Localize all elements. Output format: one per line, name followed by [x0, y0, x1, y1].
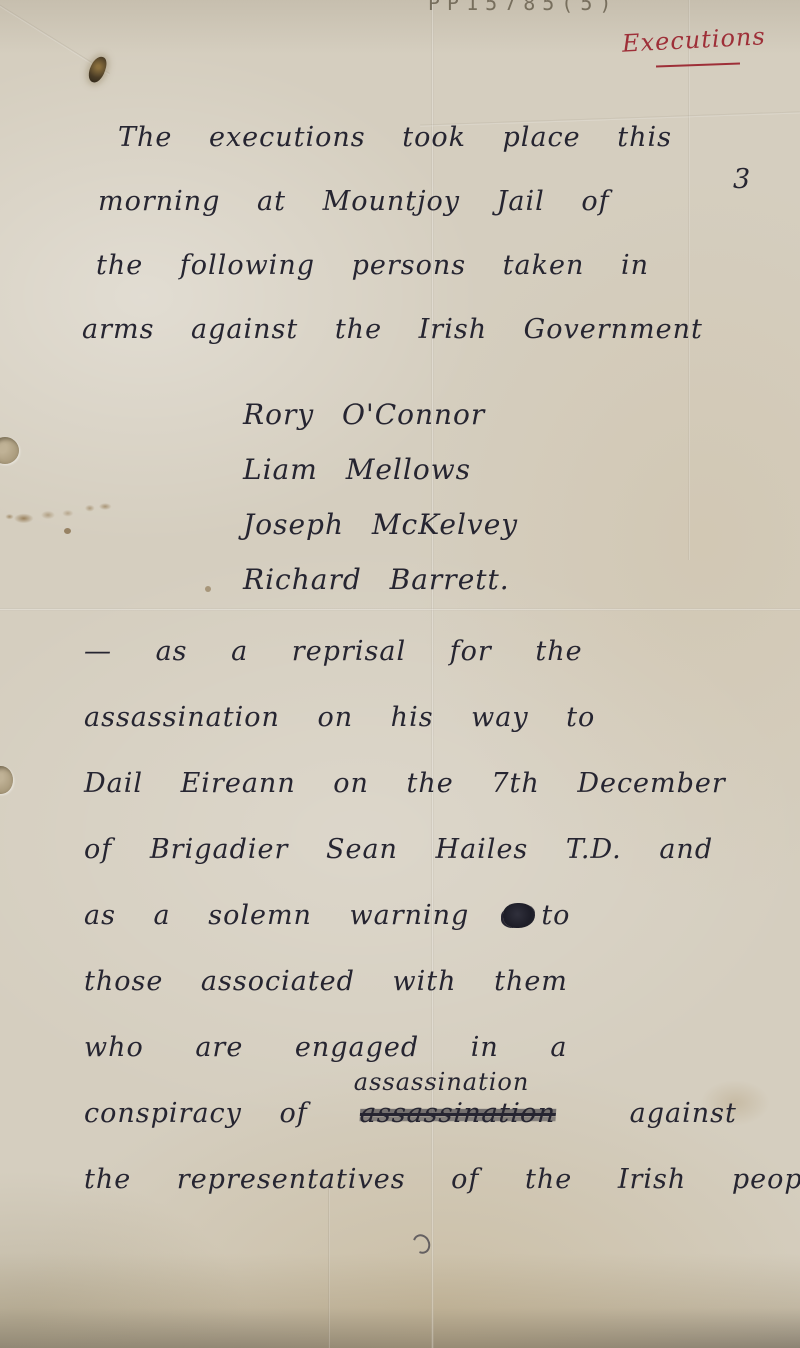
heading-underline: [656, 63, 740, 68]
executed-name: Liam Mellows: [243, 453, 518, 508]
executed-name: Richard Barrett.: [243, 563, 518, 618]
category-heading: Executions: [621, 22, 766, 57]
executed-name: Rory O'Connor: [243, 398, 518, 453]
stray-ink-loop: [410, 1231, 434, 1256]
executed-names-list: Rory O'Connor Liam Mellows Joseph McKelv…: [243, 398, 518, 618]
warning-text-after: to: [541, 900, 570, 931]
archive-reference: PP15785(5): [428, 0, 618, 15]
manuscript-line: morning at Mountjoy Jail of: [82, 186, 703, 250]
warning-text-before: as a solemn warning: [84, 900, 469, 931]
punch-hole-upper: [0, 437, 19, 464]
inserted-word: assassination: [354, 1068, 530, 1096]
correction-stack: assassinationassassination: [360, 1098, 556, 1129]
manuscript-line: those associated with them: [84, 966, 800, 1032]
manuscript-line: — as a reprisal for the: [84, 636, 800, 702]
conspiracy-text-before: conspiracy of: [84, 1098, 308, 1129]
stain-dot: [64, 528, 71, 534]
manuscript-line: the representatives of the Irish people: [84, 1164, 800, 1230]
page-number: 3: [733, 164, 750, 195]
executed-name: Joseph McKelvey: [243, 508, 518, 563]
manuscript-line: the following persons taken in: [82, 250, 703, 314]
manuscript-line-with-blot: as a solemn warningto: [84, 900, 800, 966]
stain-cluster: [4, 498, 114, 532]
ink-blot: [503, 903, 535, 928]
stain-dot: [205, 586, 211, 592]
manuscript-line: assassination on his way to: [84, 702, 800, 768]
struck-word: assassination: [359, 1098, 557, 1129]
manuscript-line: The executions took place this: [82, 122, 703, 186]
manuscript-line: Dail Eireann on the 7th December: [84, 768, 800, 834]
manuscript-line-with-correction: conspiracy ofassassinationassassinationa…: [84, 1098, 800, 1164]
intro-paragraph: The executions took place this morning a…: [82, 122, 703, 378]
body-paragraph: — as a reprisal for the assassination on…: [84, 636, 800, 1230]
conspiracy-text-after: against: [630, 1098, 737, 1129]
manuscript-page: PP15785(5) Executions 3 The executions t…: [0, 0, 800, 1348]
punch-hole-lower: [0, 766, 13, 794]
manuscript-line: arms against the Irish Government: [82, 314, 703, 378]
manuscript-line: of Brigadier Sean Hailes T.D. and: [84, 834, 800, 900]
paper-tear: [86, 54, 109, 84]
